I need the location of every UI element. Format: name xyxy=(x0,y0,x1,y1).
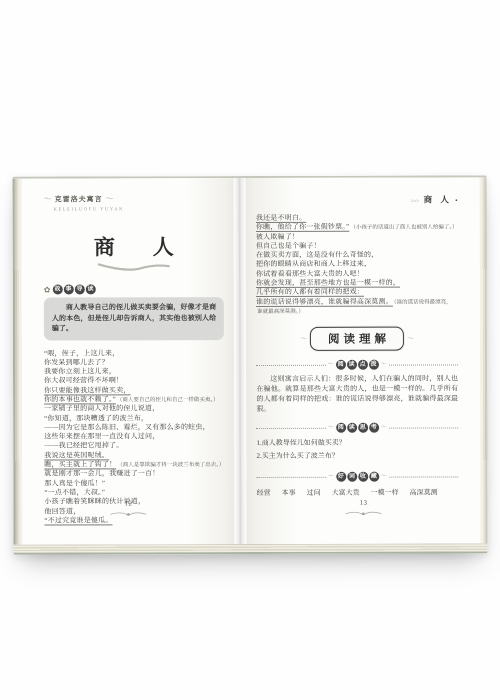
chevron-marks: >>> xyxy=(411,199,419,205)
circle-character: 好 xyxy=(336,472,346,482)
fable-line: 就是刚才那一会儿，我赚进了一百！ xyxy=(44,469,224,479)
circle-character: 导 xyxy=(74,284,84,294)
right-page: >>> 商 人 • 我还是不明白。你瞧，他给了你一张假钞票。”（小孩子的话道出了… xyxy=(246,177,481,544)
left-page: 〜 克雷洛夫寓言 〜 KELEILUOFU YUYAN 商 人 ✿ 故事导读 商… xyxy=(22,178,235,545)
question-item: 1.商人教导侄儿如何做买卖？ xyxy=(256,437,458,451)
fable-line: 谁就最高深莫测。） xyxy=(256,306,458,316)
circle-character: 考 xyxy=(369,423,379,433)
fable-line: 你发呆到哪儿去了？ xyxy=(44,358,224,368)
reading-tips-label: 阅读点拨 xyxy=(336,360,379,370)
curl-ornament-icon: 〜 xyxy=(328,425,334,431)
word-collection-label: 好词收藏 xyxy=(336,472,379,482)
series-header: 〜 克雷洛夫寓言 〜 xyxy=(44,194,224,204)
running-title: 商 人 xyxy=(424,194,452,204)
reading-tips-paragraph: 这则寓言启示人们：很多时候，人们在骗人的同时，别人也在骗他。就算是那些大富大贵的… xyxy=(256,374,458,415)
intro-summary-box: 商人教导自己的侄儿做买卖要会骗，好像才是商人的本色，但是侄儿却告诉商人，其实他也… xyxy=(44,297,224,340)
curl-ornament-icon: 〜 xyxy=(407,335,414,343)
left-page-footer: 12 xyxy=(22,492,234,519)
dotted-rule xyxy=(389,476,458,477)
curl-ornament-icon: 〜 xyxy=(328,474,334,480)
annotation-note: （商人要自己的侄儿和自己一样做买卖。） xyxy=(117,397,219,403)
flourish-icon: 〜 xyxy=(44,196,52,204)
open-book: 〜 克雷洛夫寓言 〜 KELEILUOFU YUYAN 商 人 ✿ 故事导读 商… xyxy=(13,175,488,554)
annotation-note: （谁的谎话说得最漂亮， xyxy=(394,299,452,305)
circle-character: 拨 xyxy=(369,360,379,370)
circle-character: 点 xyxy=(358,360,368,370)
right-page-header: >>> 商 人 • xyxy=(256,193,458,206)
curl-ornament-icon: 〜 xyxy=(300,335,307,343)
reading-comprehension-title: 阅读理解 xyxy=(310,327,404,351)
book-spine-shadow xyxy=(234,178,247,544)
fable-line: 但自己也是个骗子！ xyxy=(256,241,458,251)
series-pinyin: KELEILUOFU YUYAN xyxy=(54,206,224,211)
book-cover-edge-right xyxy=(479,177,487,543)
question-list: 1.商人教导侄儿如何做买卖？2.买主为什么买了波兰布？ xyxy=(256,437,458,464)
fable-line: 谁的谎话说得够漂亮，谁就骗得高深莫测。（谁的谎话说得最漂亮， xyxy=(256,297,458,307)
circle-character: 词 xyxy=(347,472,357,482)
book-pages: 〜 克雷洛夫寓言 〜 KELEILUOFU YUYAN 商 人 ✿ 故事导读 商… xyxy=(13,175,488,544)
annotation-note: 谁就最高深莫测。） xyxy=(257,309,304,315)
section-title-row: 〜阅读理解〜 xyxy=(256,327,458,352)
annotation-note: （商人是靠欺骗才将一块波兰布卖了出去。） xyxy=(117,462,224,468)
fable-line: “你知道，那块糟透了的波兰布， xyxy=(44,414,224,424)
bullet-icon: • xyxy=(455,196,457,204)
fable-line: 你试着看看那些大富大贵的人吧！ xyxy=(256,269,458,279)
circle-character: 阅 xyxy=(336,360,346,370)
circle-character: 读 xyxy=(85,284,95,294)
sprout-icon: ✿ xyxy=(44,285,51,294)
book-page-edges-bottom xyxy=(13,543,487,554)
dotted-rule xyxy=(389,427,458,428)
circle-character: 读 xyxy=(347,360,357,370)
curl-ornament-icon: 〜 xyxy=(381,425,387,431)
footer-flourish-ornament xyxy=(343,510,383,518)
fable-line: 你瞧，他给了你一张假钞票。”（小孩子的话道出了商人也被别人给骗了。） xyxy=(256,223,458,233)
right-page-footer: 13 xyxy=(247,491,481,518)
dotted-rule xyxy=(256,428,325,429)
annotation-note: （小孩子的话道出了商人也被别人给骗了。） xyxy=(350,225,457,231)
fable-line: 我说这是英国呢绒。 xyxy=(44,451,224,461)
reading-think-label: 阅读思考 xyxy=(336,423,379,433)
fable-line: ——因为它是那么陈旧、霉烂，又有那么多的蛀虫， xyxy=(44,423,224,433)
fable-line: 我要你立刻上这儿来， xyxy=(44,367,224,377)
curl-ornament-icon: 〜 xyxy=(328,362,334,368)
title-swoosh-ornament xyxy=(97,262,171,272)
fable-line: 把你的眼睛从商店和商人上移过来， xyxy=(256,260,458,270)
divider-reading-tips: 〜 阅读点拨 〜 xyxy=(256,360,458,371)
fable-line: “喂，侄子，上这儿来， xyxy=(44,349,224,359)
fable-line: 一家铺子里的商人对他的侄儿说道， xyxy=(44,404,224,414)
circle-character: 读 xyxy=(347,423,357,433)
circle-character: 故 xyxy=(52,284,62,294)
intro-label-row: ✿ 故事导读 xyxy=(44,284,224,294)
circle-character: 藏 xyxy=(369,472,379,482)
fable-line: 你大叔可经营得不坏啊！ xyxy=(44,376,224,386)
photo-background: 〜 克雷洛夫寓言 〜 KELEILUOFU YUYAN 商 人 ✿ 故事导读 商… xyxy=(0,0,500,700)
dotted-rule xyxy=(256,365,325,366)
fable-line: ——我已经把它甩掉了。 xyxy=(44,442,224,452)
question-item: 2.买主为什么买了波兰布？ xyxy=(256,450,458,464)
fable-line: 几乎所有的人都有着同样的把戏： xyxy=(256,288,458,298)
circle-character: 事 xyxy=(63,284,73,294)
curl-ornament-icon: 〜 xyxy=(381,362,387,368)
series-title: 克雷洛夫寓言 xyxy=(55,194,103,204)
circle-character: 思 xyxy=(358,423,368,433)
dotted-rule xyxy=(389,364,458,365)
chapter-title: 商 人 xyxy=(44,231,224,261)
curl-ornament-icon: 〜 xyxy=(381,474,387,480)
fable-text-right: 我还是不明白。你瞧，他给了你一张假钞票。”（小孩子的话道出了商人也被别人给骗了。… xyxy=(256,213,458,316)
flourish-icon: 〜 xyxy=(106,195,114,203)
divider-reading-think: 〜 阅读思考 〜 xyxy=(256,423,458,434)
circle-character: 阅 xyxy=(336,423,346,433)
fable-line: 那人真是个傻瓜！” xyxy=(44,479,224,489)
fable-line: 你只要能像我这样做买卖， xyxy=(44,386,224,396)
dotted-rule xyxy=(257,477,326,478)
page-number: 12 xyxy=(124,499,132,507)
intro-label: 故事导读 xyxy=(52,284,95,294)
divider-word-collection: 〜 好词收藏 〜 xyxy=(257,472,459,483)
fable-line: 我还是不明白。 xyxy=(256,213,458,223)
page-number: 13 xyxy=(359,499,367,507)
footer-flourish-ornament xyxy=(109,510,149,518)
circle-character: 收 xyxy=(358,472,368,482)
fable-line: 被人欺骗了！ xyxy=(256,232,458,242)
